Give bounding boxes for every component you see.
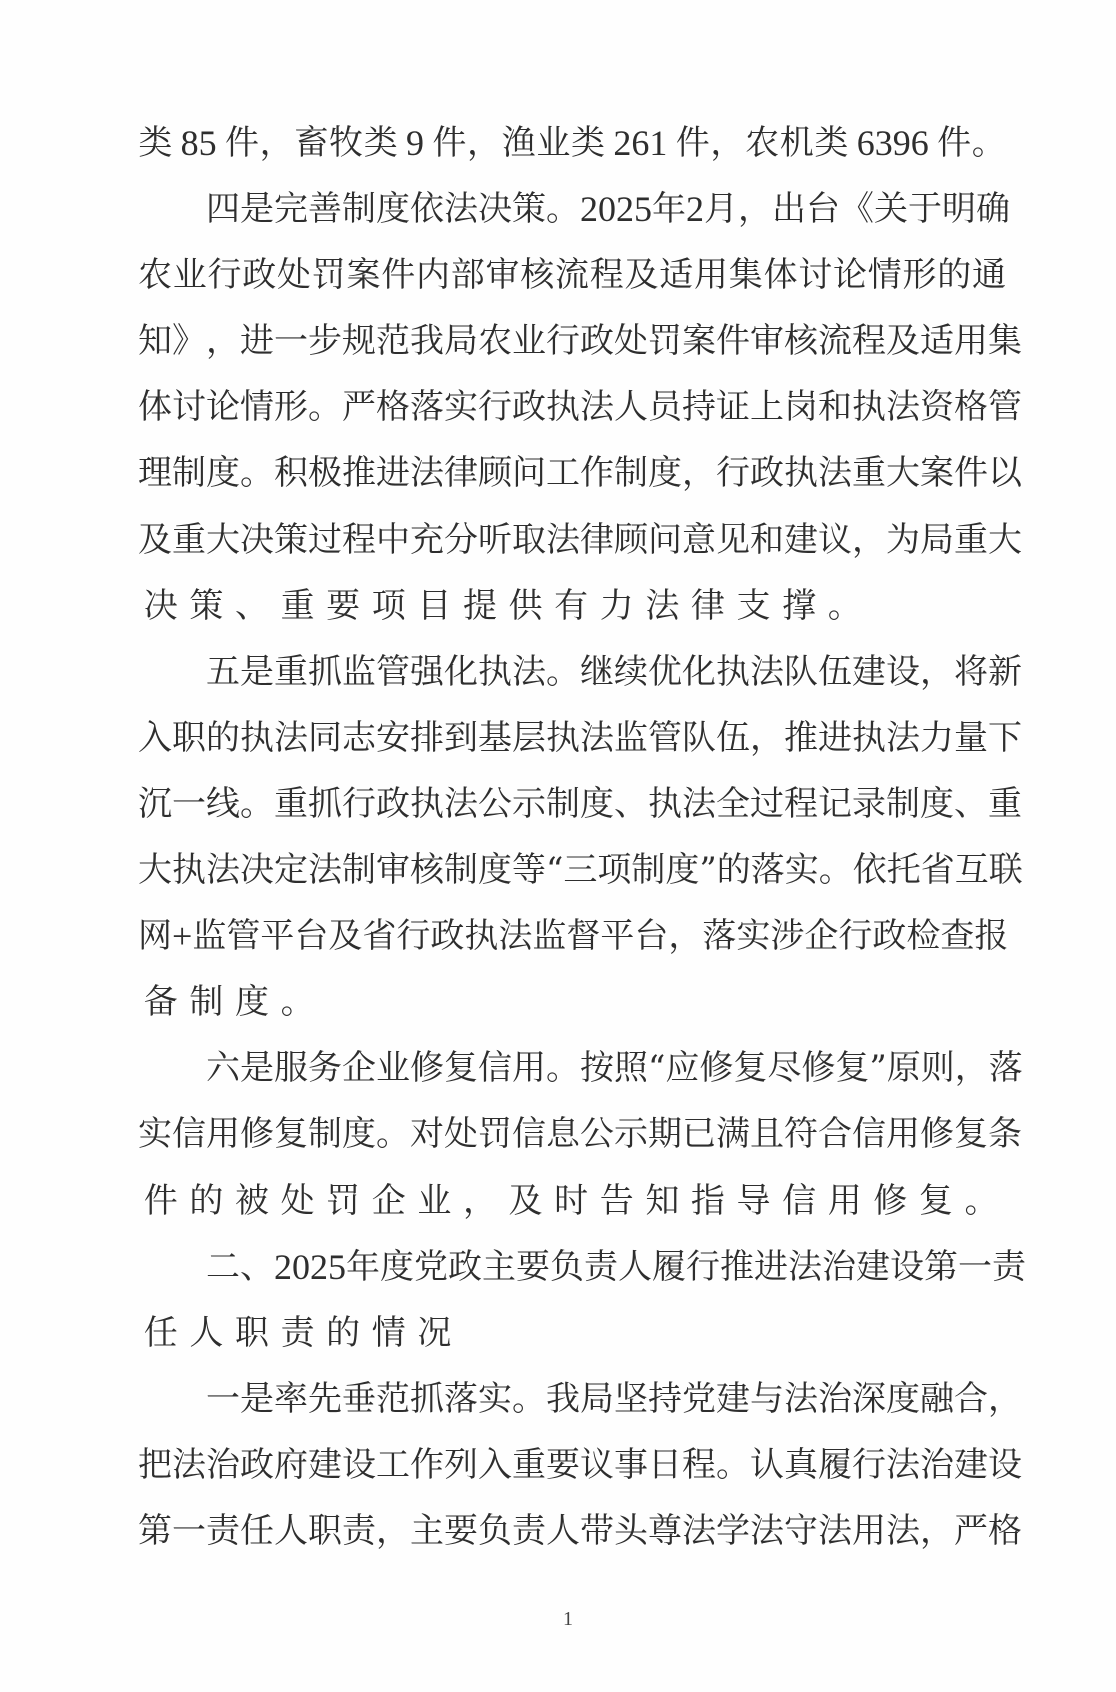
text-line: 理制度。积极推进法律顾问工作制度，行政执法重大案件以 <box>138 440 1006 506</box>
text-line: 一是率先垂范抓落实。我局坚持党建与法治深度融合， <box>138 1366 1006 1432</box>
text-line: 大执法决定法制审核制度等“三项制度”的落实。依托省互联 <box>138 837 1006 903</box>
text-line: 类85件，畜牧类9件，渔业类261件，农机类6396件。 <box>138 110 1006 176</box>
text-line: 任人职责的情况 <box>138 1300 1006 1366</box>
text-line: 四是完善制度依法决策。2025年2月，出台《关于明确 <box>138 176 1006 242</box>
text-line: 备制度。 <box>138 969 1006 1035</box>
document-body: 类85件，畜牧类9件，渔业类261件，农机类6396件。 四是完善制度依法决策。… <box>138 110 1006 1564</box>
text-line: 六是服务企业修复信用。按照“应修复尽修复”原则，落 <box>138 1035 1006 1101</box>
text-line: 实信用修复制度。对处罚信息公示期已满且符合信用修复条 <box>138 1101 1006 1167</box>
text-line: 决策、重要项目提供有力法律支撑。 <box>138 573 1006 639</box>
text-line: 第一责任人职责，主要负责人带头尊法学法守法用法，严格 <box>138 1498 1006 1564</box>
text-line: 五是重抓监管强化执法。继续优化执法队伍建设，将新 <box>138 639 1006 705</box>
text-line: 网+监管平台及省行政执法监督平台，落实涉企行政检查报 <box>138 903 1006 969</box>
text-line: 入职的执法同志安排到基层执法监管队伍，推进执法力量下 <box>138 705 1006 771</box>
text-line: 体讨论情形。严格落实行政执法人员持证上岗和执法资格管 <box>138 374 1006 440</box>
text-line: 农业行政处罚案件内部审核流程及适用集体讨论情形的通 <box>138 242 1006 308</box>
text-line: 件的被处罚企业，及时告知指导信用修复。 <box>138 1168 1006 1234</box>
text-line: 沉一线。重抓行政执法公示制度、执法全过程记录制度、重 <box>138 771 1006 837</box>
text-line: 把法治政府建设工作列入重要议事日程。认真履行法治建设 <box>138 1432 1006 1498</box>
document-page: 类85件，畜牧类9件，渔业类261件，农机类6396件。 四是完善制度依法决策。… <box>0 0 1116 1692</box>
text-line: 知》，进一步规范我局农业行政处罚案件审核流程及适用集 <box>138 308 1006 374</box>
page-number: 1 <box>558 1608 578 1631</box>
text-line: 及重大决策过程中充分听取法律顾问意见和建议，为局重大 <box>138 507 1006 573</box>
text-line: 二、2025年度党政主要负责人履行推进法治建设第一责 <box>138 1234 1006 1300</box>
